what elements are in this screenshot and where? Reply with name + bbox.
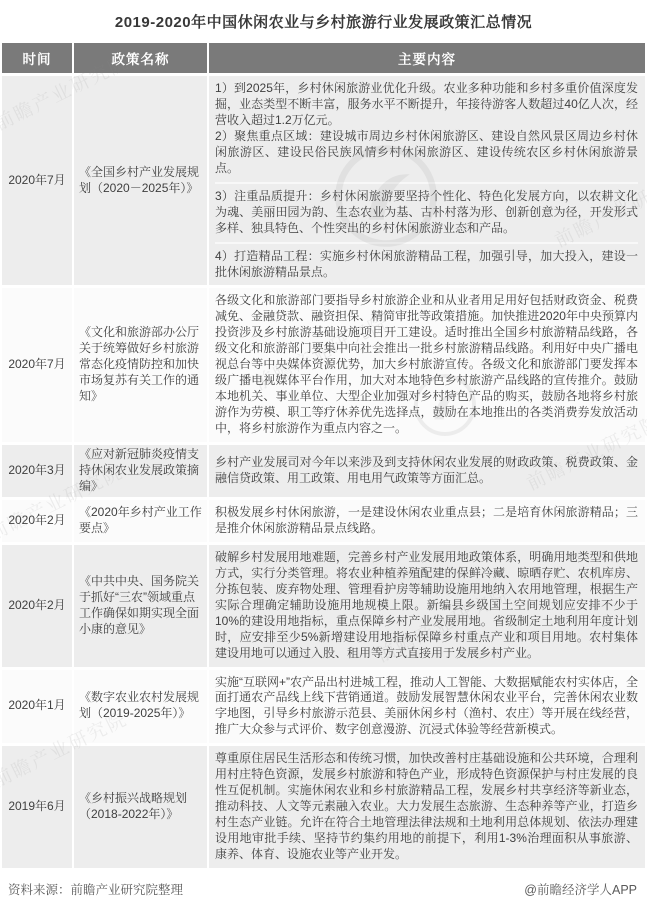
source-note: 资料来源：前瞻产业研究院整理 — [8, 880, 183, 898]
policy-content: 破解乡村发展用地难题，完善乡村产业发展用地政策体系，明确用地类型和供地方式，实行… — [209, 545, 645, 667]
content-block: 积极发展乡村休闲旅游，一是建设休闲农业重点县；二是培育休闲旅游精品；三是推介休闲… — [215, 503, 638, 539]
content-block: 乡村产业发展司对今年以来涉及到支持休闲农业发展的财政政策、税费政策、金融信贷政策… — [215, 453, 638, 489]
table-row: 2019年6月《乡村振兴战略规划（2018-2022年）》尊重原住居民生活形态和… — [2, 746, 645, 868]
content-block: 实施“互联网+”农产品出村进城工程，推动人工智能、大数据赋能农村实体店，全面打通… — [215, 673, 638, 741]
policy-date: 2020年3月 — [2, 445, 72, 497]
policy-content: 1）到2025年，乡村休闲旅游业优化升级。农业多种功能和乡村多重价值深度发掘，业… — [209, 76, 645, 285]
content-block: 各级文化和旅游部门要指导乡村旅游企业和从业者用足用好包括财政资金、税费减免、金融… — [215, 291, 638, 439]
content-paragraph: 4）打造精品工程：实施乡村休闲旅游精品工程，加强引导，加大投入，建设一批休闲旅游… — [215, 249, 638, 281]
content-paragraph: 3）注重品质提升：乡村休闲旅游要坚持个性化、特色化发展方向，以农耕文化为魂、美丽… — [215, 189, 638, 237]
table-row: 2020年2月《中共中央、国务院关于抓好“三农”领域重点工作确保如期实现全面小康… — [2, 545, 645, 667]
content-paragraph: 实施“互联网+”农产品出村进城工程，推动人工智能、大数据赋能农村实体店，全面打通… — [215, 675, 638, 739]
policy-date: 2019年6月 — [2, 746, 72, 868]
content-block: 4）打造精品工程：实施乡村休闲旅游精品工程，加强引导，加大投入，建设一批休闲旅游… — [215, 242, 638, 283]
policy-date: 2020年7月 — [2, 76, 72, 285]
policy-table-body: 2020年7月《全国乡村产业发展规划（2020－2025年）》1）到2025年，… — [2, 76, 645, 868]
col-header-main-content: 主要内容 — [209, 43, 645, 73]
policy-name: 《全国乡村产业发展规划（2020－2025年）》 — [74, 76, 207, 285]
content-block: 3）注重品质提升：乡村休闲旅游要坚持个性化、特色化发展方向，以农耕文化为魂、美丽… — [215, 182, 638, 239]
content-paragraph: 2）聚焦重点区域：建设城市周边乡村休闲旅游区、建设自然风景区周边乡村休闲旅游区、… — [215, 129, 638, 177]
page-title: 2019-2020年中国休闲农业与乡村旅游行业发展政策汇总情况 — [0, 0, 647, 32]
content-block: 尊重原住居民生活形态和传统习惯，加快改善村庄基础设施和公共环境，合理利用村庄特色… — [215, 749, 638, 865]
table-header-row: 时间 政策名称 主要内容 — [2, 43, 645, 73]
table-row: 2020年7月《全国乡村产业发展规划（2020－2025年）》1）到2025年，… — [2, 76, 645, 285]
policy-name: 《乡村振兴战略规划（2018-2022年）》 — [74, 746, 207, 868]
policy-table: 时间 政策名称 主要内容 2020年7月《全国乡村产业发展规划（2020－202… — [0, 40, 647, 871]
policy-name: 《文化和旅游部办公厅关于统筹做好乡村旅游常态化疫情防控和加快市场复苏有关工作的通… — [74, 288, 207, 442]
content-paragraph: 尊重原住居民生活形态和传统习惯，加快改善村庄基础设施和公共环境，合理利用村庄特色… — [215, 751, 638, 863]
policy-content: 尊重原住居民生活形态和传统习惯，加快改善村庄基础设施和公共环境，合理利用村庄特色… — [209, 746, 645, 868]
table-row: 2020年1月《数字农业农村发展规划（2019-2025年）》实施“互联网+”农… — [2, 670, 645, 744]
policy-date: 2020年1月 — [2, 670, 72, 744]
col-header-policy-name: 政策名称 — [74, 43, 207, 73]
content-paragraph: 各级文化和旅游部门要指导乡村旅游企业和从业者用足用好包括财政资金、税费减免、金融… — [215, 293, 638, 437]
content-paragraph: 积极发展乡村休闲旅游，一是建设休闲农业重点县；二是培育休闲旅游精品；三是推介休闲… — [215, 505, 638, 537]
policy-date: 2020年2月 — [2, 500, 72, 542]
col-header-time: 时间 — [2, 43, 72, 73]
policy-name: 《中共中央、国务院关于抓好“三农”领域重点工作确保如期实现全面小康的意见》 — [74, 545, 207, 667]
content-paragraph: 1）到2025年，乡村休闲旅游业优化升级。农业多种功能和乡村多重价值深度发掘，业… — [215, 81, 638, 129]
policy-name: 《应对新冠肺炎疫情支持休闲农业发展政策摘编》 — [74, 445, 207, 497]
policy-name: 《2020年乡村产业工作要点》 — [74, 500, 207, 542]
footer: 资料来源：前瞻产业研究院整理 @前瞻经济学人APP — [0, 880, 647, 898]
policy-content: 实施“互联网+”农产品出村进城工程，推动人工智能、大数据赋能农村实体店，全面打通… — [209, 670, 645, 744]
content-paragraph: 破解乡村发展用地难题，完善乡村产业发展用地政策体系，明确用地类型和供地方式，实行… — [215, 550, 638, 662]
table-row: 2020年7月《文化和旅游部办公厅关于统筹做好乡村旅游常态化疫情防控和加快市场复… — [2, 288, 645, 442]
policy-content: 乡村产业发展司对今年以来涉及到支持休闲农业发展的财政政策、税费政策、金融信贷政策… — [209, 445, 645, 497]
policy-content: 积极发展乡村休闲旅游，一是建设休闲农业重点县；二是培育休闲旅游精品；三是推介休闲… — [209, 500, 645, 542]
policy-name: 《数字农业农村发展规划（2019-2025年）》 — [74, 670, 207, 744]
content-block: 破解乡村发展用地难题，完善乡村产业发展用地政策体系，明确用地类型和供地方式，实行… — [215, 548, 638, 664]
policy-date: 2020年2月 — [2, 545, 72, 667]
policy-date: 2020年7月 — [2, 288, 72, 442]
policy-content: 各级文化和旅游部门要指导乡村旅游企业和从业者用足用好包括财政资金、税费减免、金融… — [209, 288, 645, 442]
credit-note: @前瞻经济学人APP — [524, 880, 637, 898]
content-block: 1）到2025年，乡村休闲旅游业优化升级。农业多种功能和乡村多重价值深度发掘，业… — [215, 79, 638, 179]
table-row: 2020年2月《2020年乡村产业工作要点》积极发展乡村休闲旅游，一是建设休闲农… — [2, 500, 645, 542]
table-row: 2020年3月《应对新冠肺炎疫情支持休闲农业发展政策摘编》乡村产业发展司对今年以… — [2, 445, 645, 497]
content-paragraph: 乡村产业发展司对今年以来涉及到支持休闲农业发展的财政政策、税费政策、金融信贷政策… — [215, 455, 638, 487]
